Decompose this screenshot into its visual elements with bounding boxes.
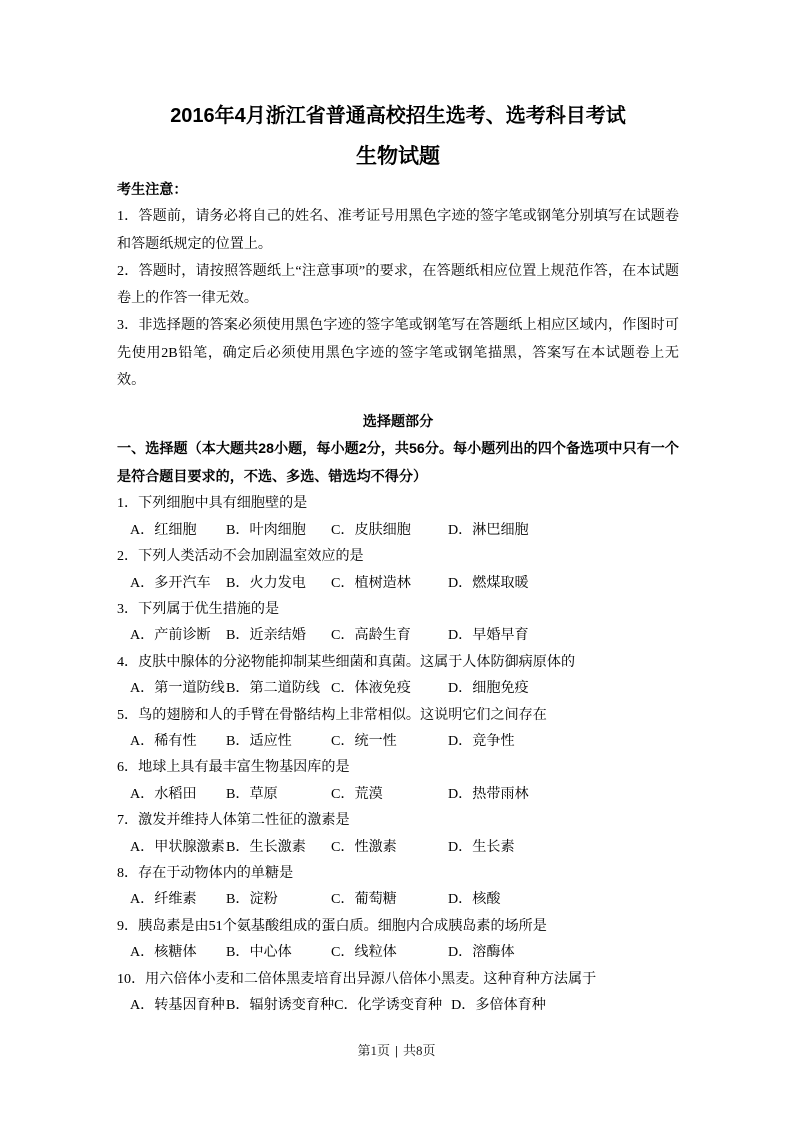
question-stem: 8．存在于动物体内的单糖是 [117, 860, 679, 886]
question-options: A．稀有性 B．适应性 C．统一性 D．竞争性 [117, 728, 679, 754]
question-8: 8．存在于动物体内的单糖是 A．纤维素 B．淀粉 C．葡萄糖 D．核酸 [117, 860, 679, 913]
question-option-d: D．早婚早育 [448, 622, 529, 648]
question-option-b: B．适应性 [226, 728, 331, 754]
question-option-b: B．生长激素 [226, 834, 331, 860]
question-option-a: A．产前诊断 [130, 622, 226, 648]
question-1: 1．下列细胞中具有细胞壁的是 A．红细胞 B．叶肉细胞 C．皮肤细胞 D．淋巴细… [117, 490, 679, 543]
question-option-a: A．第一道防线 [130, 675, 226, 701]
question-option-c: C．皮肤细胞 [331, 517, 448, 543]
question-options: A．甲状腺激素 B．生长激素 C．性激素 D．生长素 [117, 834, 679, 860]
question-option-c: C．体液免疫 [331, 675, 448, 701]
question-option-b: B．辐射诱变育种 [226, 992, 334, 1018]
question-3: 3．下列属于优生措施的是 A．产前诊断 B．近亲结婚 C．高龄生育 D．早婚早育 [117, 596, 679, 649]
question-option-d: D．热带雨林 [448, 781, 529, 807]
question-stem: 6．地球上具有最丰富生物基因库的是 [117, 754, 679, 780]
question-option-b: B．叶肉细胞 [226, 517, 331, 543]
question-stem: 2．下列人类活动不会加剧温室效应的是 [117, 543, 679, 569]
section-instructions: 一、选择题（本大题共28小题，每小题2分，共56分。每小题列出的四个备选项中只有… [117, 435, 679, 490]
question-options: A．纤维素 B．淀粉 C．葡萄糖 D．核酸 [117, 886, 679, 912]
footer-separator: | [395, 1043, 398, 1058]
question-option-b: B．中心体 [226, 939, 331, 965]
question-option-b: B．第二道防线 [226, 675, 331, 701]
section-part-heading: 选择题部分 [117, 407, 679, 435]
question-stem: 1．下列细胞中具有细胞壁的是 [117, 490, 679, 516]
question-option-a: A．稀有性 [130, 728, 226, 754]
candidate-notice: 考生注意： 1．答题前，请务必将自己的姓名、准考证号用黑色字迹的签字笔或钢笔分别… [117, 176, 679, 394]
page-content: 2016年4月浙江省普通高校招生选考、选考科目考试 生物试题 考生注意： 1．答… [0, 0, 793, 1019]
question-option-b: B．近亲结婚 [226, 622, 331, 648]
question-options: A．转基因育种 B．辐射诱变育种 C．化学诱变育种 D．多倍体育种 [117, 992, 679, 1018]
question-option-c: C．高龄生育 [331, 622, 448, 648]
question-option-d: D．多倍体育种 [451, 992, 546, 1018]
question-option-c: C．化学诱变育种 [334, 992, 451, 1018]
question-option-d: D．竞争性 [448, 728, 515, 754]
question-stem: 3．下列属于优生措施的是 [117, 596, 679, 622]
question-option-a: A．转基因育种 [130, 992, 226, 1018]
question-2: 2．下列人类活动不会加剧温室效应的是 A．多开汽车 B．火力发电 C．植树造林 … [117, 543, 679, 596]
notice-item-3: 3．非选择题的答案必须使用黑色字迹的签字笔或钢笔写在答题纸上相应区域内，作图时可… [117, 312, 679, 394]
question-5: 5．鸟的翅膀和人的手臂在骨骼结构上非常相似。这说明它们之间存在 A．稀有性 B．… [117, 702, 679, 755]
question-option-d: D．淋巴细胞 [448, 517, 529, 543]
question-option-a: A．红细胞 [130, 517, 226, 543]
question-option-b: B．草原 [226, 781, 331, 807]
question-stem: 4．皮肤中腺体的分泌物能抑制某些细菌和真菌。这属于人体防御病原体的 [117, 649, 679, 675]
question-option-c: C．葡萄糖 [331, 886, 448, 912]
question-9: 9．胰岛素是由51个氨基酸组成的蛋白质。细胞内合成胰岛素的场所是 A．核糖体 B… [117, 913, 679, 966]
question-option-c: C．植树造林 [331, 570, 448, 596]
question-option-c: C．性激素 [331, 834, 448, 860]
question-10: 10．用六倍体小麦和二倍体黑麦培育出异源八倍体小黑麦。这种育种方法属于 A．转基… [117, 966, 679, 1019]
question-options: A．红细胞 B．叶肉细胞 C．皮肤细胞 D．淋巴细胞 [117, 517, 679, 543]
question-stem: 10．用六倍体小麦和二倍体黑麦培育出异源八倍体小黑麦。这种育种方法属于 [117, 966, 679, 992]
page-footer: 第1页|共8页 [0, 1042, 793, 1060]
question-stem: 7．激发并维持人体第二性征的激素是 [117, 807, 679, 833]
notice-item-1: 1．答题前，请务必将自己的姓名、准考证号用黑色字迹的签字笔或钢笔分别填写在试题卷… [117, 203, 679, 258]
question-option-d: D．燃煤取暖 [448, 570, 529, 596]
question-option-a: A．多开汽车 [130, 570, 226, 596]
question-list: 1．下列细胞中具有细胞壁的是 A．红细胞 B．叶肉细胞 C．皮肤细胞 D．淋巴细… [117, 490, 679, 1018]
question-option-a: A．甲状腺激素 [130, 834, 226, 860]
question-option-d: D．生长素 [448, 834, 515, 860]
footer-current-page: 第1页 [358, 1043, 391, 1058]
question-options: A．核糖体 B．中心体 C．线粒体 D．溶酶体 [117, 939, 679, 965]
notice-item-2: 2．答题时，请按照答题纸上“注意事项”的要求，在答题纸相应位置上规范作答，在本试… [117, 258, 679, 313]
question-option-d: D．溶酶体 [448, 939, 515, 965]
question-4: 4．皮肤中腺体的分泌物能抑制某些细菌和真菌。这属于人体防御病原体的 A．第一道防… [117, 649, 679, 702]
question-option-d: D．核酸 [448, 886, 500, 912]
question-option-c: C．荒漠 [331, 781, 448, 807]
question-option-b: B．火力发电 [226, 570, 331, 596]
exam-paper-page: 2016年4月浙江省普通高校招生选考、选考科目考试 生物试题 考生注意： 1．答… [0, 0, 793, 1122]
notice-heading: 考生注意： [117, 176, 679, 203]
footer-total-pages: 共8页 [403, 1043, 436, 1058]
question-stem: 9．胰岛素是由51个氨基酸组成的蛋白质。细胞内合成胰岛素的场所是 [117, 913, 679, 939]
question-stem: 5．鸟的翅膀和人的手臂在骨骼结构上非常相似。这说明它们之间存在 [117, 702, 679, 728]
question-option-d: D．细胞免疫 [448, 675, 529, 701]
question-6: 6．地球上具有最丰富生物基因库的是 A．水稻田 B．草原 C．荒漠 D．热带雨林 [117, 754, 679, 807]
question-option-a: A．核糖体 [130, 939, 226, 965]
question-option-b: B．淀粉 [226, 886, 331, 912]
exam-subject-title: 生物试题 [117, 143, 679, 170]
question-option-c: C．线粒体 [331, 939, 448, 965]
question-options: A．产前诊断 B．近亲结婚 C．高龄生育 D．早婚早育 [117, 622, 679, 648]
exam-title: 2016年4月浙江省普通高校招生选考、选考科目考试 [117, 0, 679, 130]
question-options: A．水稻田 B．草原 C．荒漠 D．热带雨林 [117, 781, 679, 807]
question-option-a: A．水稻田 [130, 781, 226, 807]
question-options: A．第一道防线 B．第二道防线 C．体液免疫 D．细胞免疫 [117, 675, 679, 701]
question-option-a: A．纤维素 [130, 886, 226, 912]
question-7: 7．激发并维持人体第二性征的激素是 A．甲状腺激素 B．生长激素 C．性激素 D… [117, 807, 679, 860]
question-options: A．多开汽车 B．火力发电 C．植树造林 D．燃煤取暖 [117, 570, 679, 596]
question-option-c: C．统一性 [331, 728, 448, 754]
